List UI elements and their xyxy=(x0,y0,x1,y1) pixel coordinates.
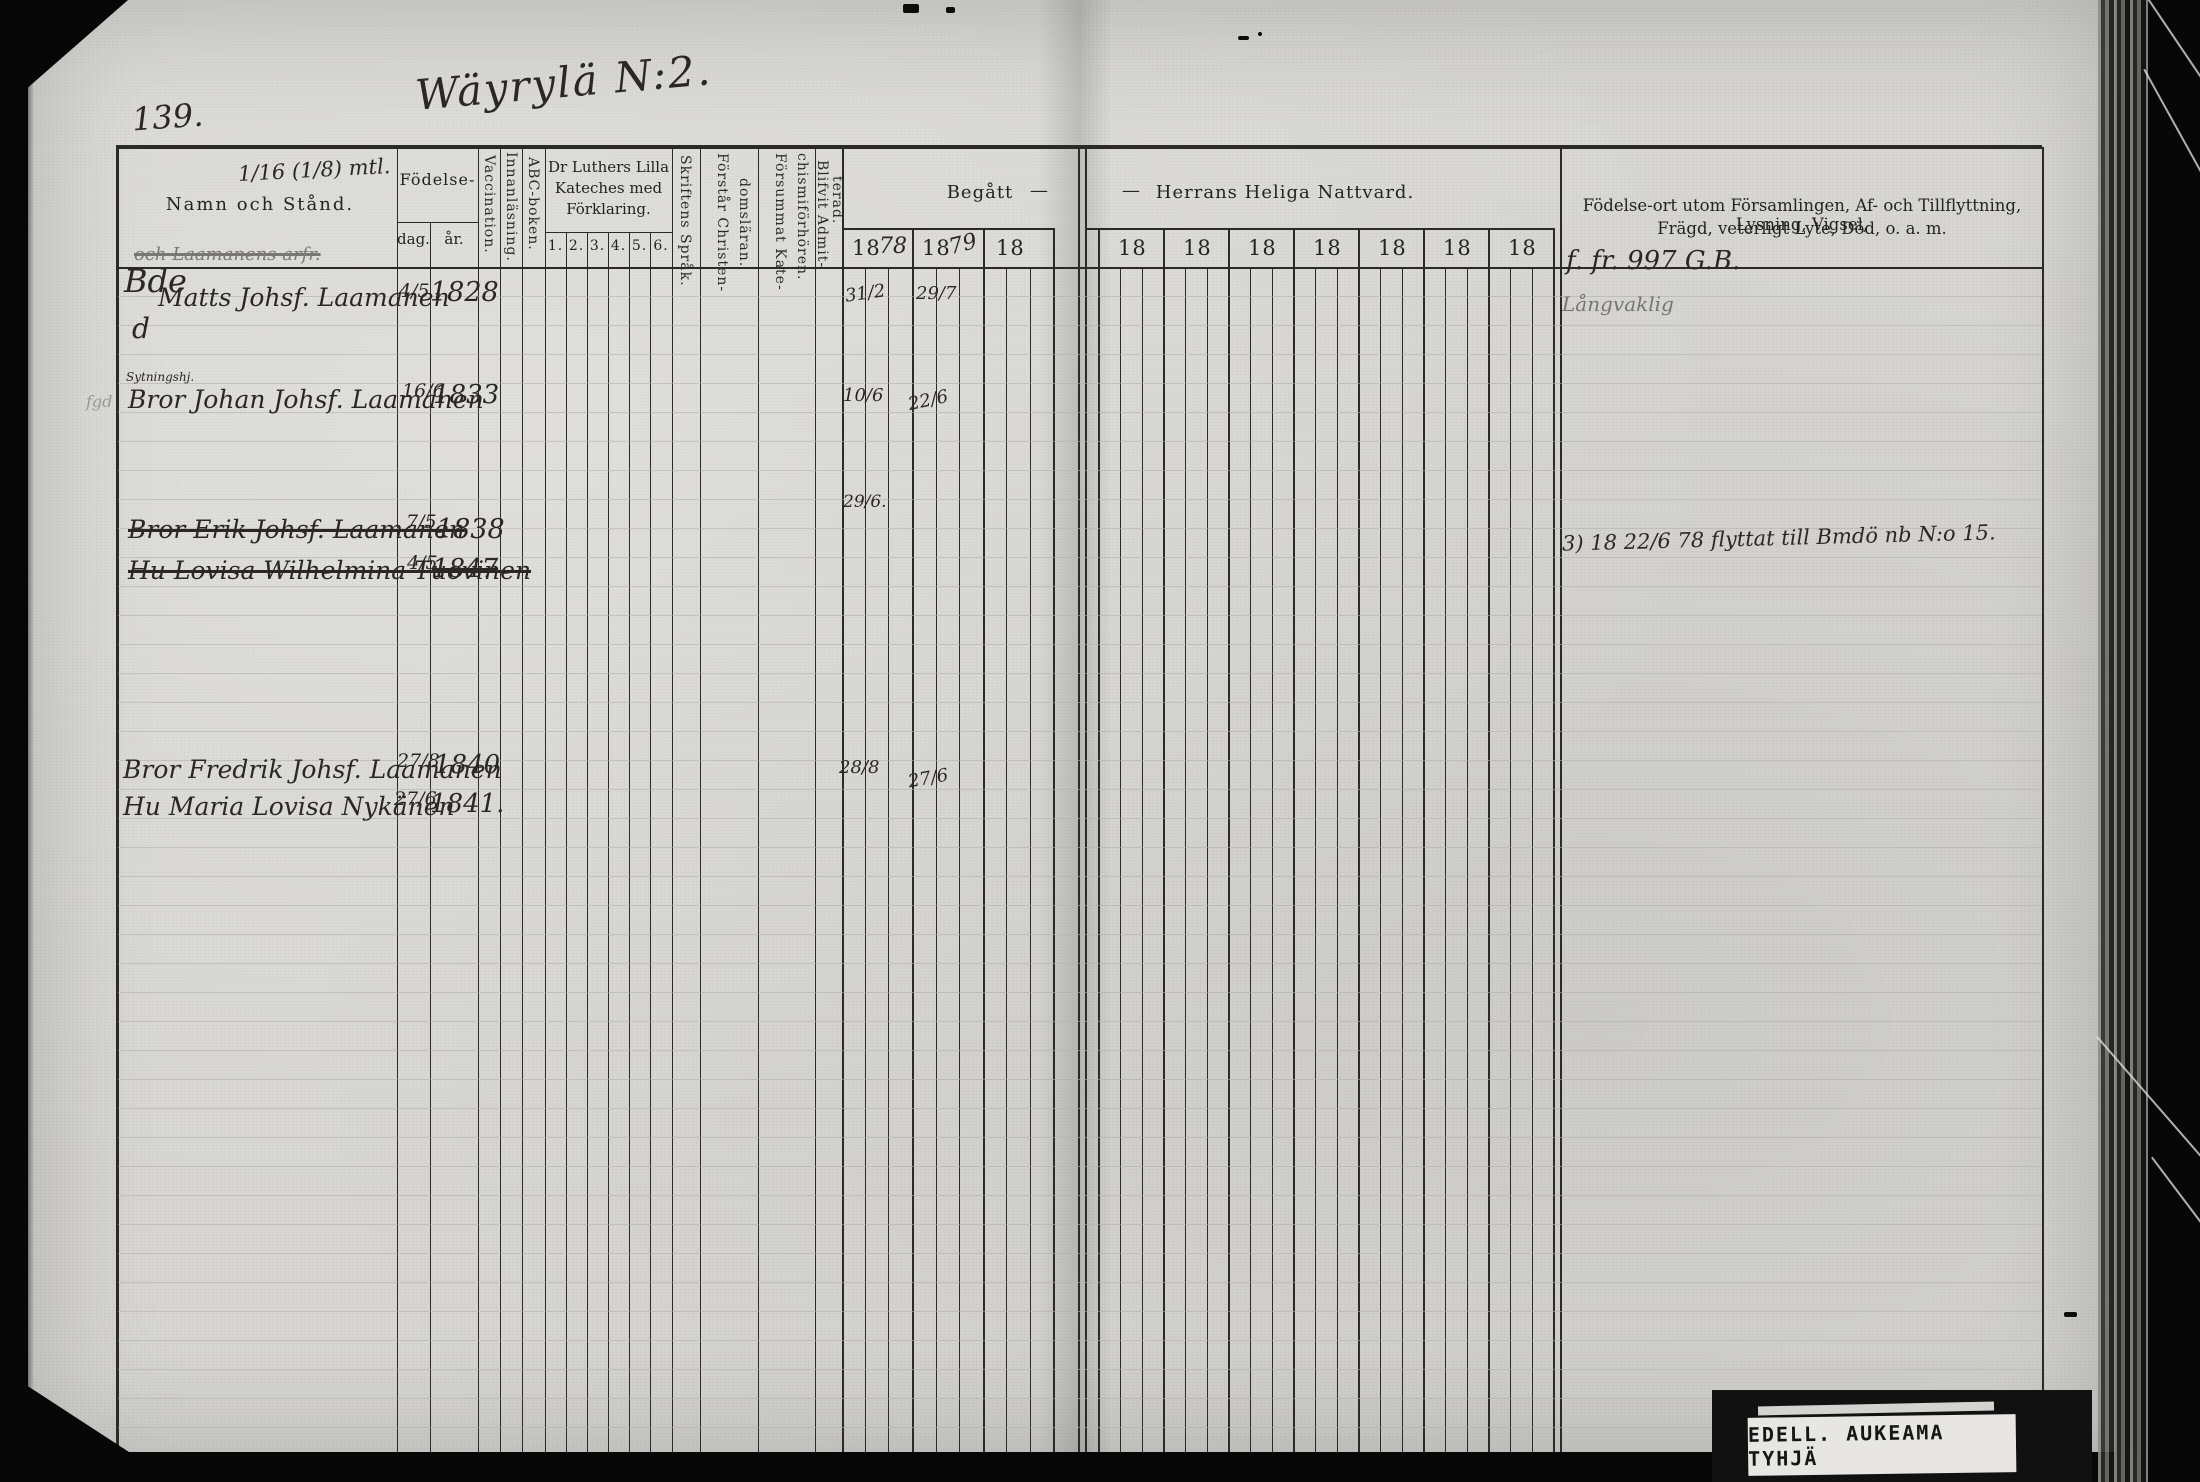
kateches-subcol-4: 4. xyxy=(608,238,629,254)
page-number: 139. xyxy=(131,96,205,139)
grid-line-h-faint xyxy=(118,1021,2042,1022)
grid-line xyxy=(397,222,478,223)
grid-line xyxy=(522,147,523,1455)
grid-line xyxy=(1402,267,1403,1455)
grid-line-h-faint xyxy=(118,586,2042,587)
ink-speck xyxy=(903,4,919,13)
grid-line-h-faint xyxy=(118,1369,2042,1370)
grid-line-h-faint xyxy=(118,934,2042,935)
grid-line xyxy=(1445,267,1446,1455)
grid-line-h-faint xyxy=(118,354,2042,355)
grid-line xyxy=(1185,267,1186,1455)
grid-line xyxy=(1078,147,1080,1455)
grid-line-h-faint xyxy=(118,847,2042,848)
grid-line-h-faint xyxy=(118,673,2042,674)
entry6-birth-year: 1841. xyxy=(430,789,504,819)
admitted-header-line1: Blifvit Admit- xyxy=(814,160,830,268)
grid-line-h-faint xyxy=(118,731,2042,732)
grid-line xyxy=(1086,228,1553,230)
kateches-header-line3: Förklaring. xyxy=(545,199,672,220)
grid-line-h-faint xyxy=(118,1340,2042,1341)
grid-line-h-faint xyxy=(118,1282,2042,1283)
grid-line-h-faint xyxy=(118,1079,2042,1080)
year-cell-r2: 18 xyxy=(1183,236,1212,260)
entry1-remark: f. fr. 997 G.B. xyxy=(1566,246,1740,276)
grid-line xyxy=(587,232,588,1455)
grid-line xyxy=(1315,267,1316,1455)
kateches-subcol-5: 5. xyxy=(629,238,650,254)
entry1-remark2: Långvaklig xyxy=(1562,292,1674,316)
grid-line xyxy=(116,147,119,1455)
grid-line-h-faint xyxy=(118,325,2042,326)
missed-catechism-header-line2: chismiförhören. xyxy=(794,153,810,280)
scanned-ledger-page: 139. Wäyrylä N:2. 1/16 (1/8) mtl. Namn o… xyxy=(0,0,2200,1482)
archive-stamp: EDELL. AUKEAMA TYHJÄ xyxy=(1748,1414,2017,1476)
grid-line-h-faint xyxy=(118,876,2042,877)
grid-line xyxy=(959,267,960,1455)
year-cell-r7: 18 xyxy=(1508,236,1537,260)
entry1-flourish: d xyxy=(132,312,150,345)
kateches-header: Dr Luthers Lilla Kateches med Förklaring… xyxy=(545,157,672,220)
grid-line-h-faint xyxy=(118,615,2042,616)
grid-line xyxy=(1272,267,1273,1455)
year-cell-1878-printed: 18 xyxy=(852,236,881,260)
grid-line xyxy=(2042,147,2044,1455)
grid-line xyxy=(650,232,651,1455)
entry3-birth-year: 1838 xyxy=(436,514,505,545)
communion-left-dash: — xyxy=(1030,180,1049,201)
grid-line xyxy=(1510,267,1511,1455)
communion-right-header: Herrans Heliga Nattvard. xyxy=(1150,182,1420,203)
year-cell-r5: 18 xyxy=(1378,236,1407,260)
grid-line xyxy=(629,232,630,1455)
book-fold-shadow xyxy=(1038,0,1112,1458)
entry2-birth-year: 1833 xyxy=(433,380,499,410)
year-cell-r1: 18 xyxy=(1118,236,1147,260)
right-edge-band xyxy=(2148,0,2200,1482)
communion-right-dash: — xyxy=(1122,180,1141,201)
kateches-subcol-3: 3. xyxy=(587,238,608,254)
entry1-birth-day: 4/5 xyxy=(399,280,430,302)
grid-line-h-faint xyxy=(118,1224,2042,1225)
grid-line xyxy=(758,147,759,1455)
entry3-mark-1878: 29/6. xyxy=(843,492,887,512)
grid-line-h-faint xyxy=(118,1253,2042,1254)
grid-line xyxy=(116,267,2042,269)
grid-line xyxy=(1006,267,1007,1455)
grid-line xyxy=(1467,267,1468,1455)
grid-line xyxy=(1337,267,1338,1455)
understands-christianity-header-line1: Förstår Christen- xyxy=(714,153,730,292)
grid-line xyxy=(865,267,866,1455)
scripture-language-column-header: Skriftens Språk. xyxy=(677,155,693,287)
vaccination-column-header: Vaccination. xyxy=(481,155,497,254)
grid-line-h-faint xyxy=(118,1137,2042,1138)
grid-line xyxy=(700,147,701,1455)
grid-line-h-faint xyxy=(118,1195,2042,1196)
kateches-header-line2: Kateches med xyxy=(545,178,672,199)
grid-line-h-faint xyxy=(118,1166,2042,1167)
entry2-margin-note: fgd xyxy=(86,392,112,411)
grid-line-h-faint xyxy=(118,1108,2042,1109)
grid-line xyxy=(545,232,672,233)
year-cell-r6: 18 xyxy=(1443,236,1472,260)
grid-line-h-faint xyxy=(118,1050,2042,1051)
remarks-column-header-line2: Frägd, veterligt Lyte, Död, o. a. m. xyxy=(1566,219,2038,238)
grid-line xyxy=(936,267,937,1455)
entry4-birth-year: 1847 xyxy=(432,554,498,584)
grid-line xyxy=(1207,267,1208,1455)
grid-line xyxy=(842,228,1053,230)
ink-speck xyxy=(2064,1312,2077,1317)
entry1-birth-year: 1828 xyxy=(430,277,499,308)
grid-line-h-faint xyxy=(118,702,2042,703)
year-cell-r4: 18 xyxy=(1313,236,1342,260)
missed-catechism-header-line1: Försummat Kate- xyxy=(772,153,788,291)
entry5-mark-1878: 28/8 xyxy=(839,757,879,778)
abc-book-column-header: ABC-boken. xyxy=(525,157,541,251)
entry2-prefix-note: Sytningshj. xyxy=(126,370,194,384)
grid-line xyxy=(566,232,567,1455)
archive-stamp-text: EDELL. AUKEAMA TYHJÄ xyxy=(1748,1419,2017,1471)
grid-line xyxy=(545,147,546,1455)
ink-speck xyxy=(1238,36,1249,40)
entry3-birth-day: 7/5 xyxy=(406,511,437,533)
kateches-subcol-1: 1. xyxy=(545,238,566,254)
grid-line xyxy=(1142,267,1143,1455)
entry1-mark-1879: 29/7 xyxy=(916,283,956,304)
grid-line xyxy=(1380,267,1381,1455)
birth-column-header: Födelse- xyxy=(397,170,478,189)
understands-christianity-header-line2: domsläran. xyxy=(736,178,752,267)
names-column-header: Namn och Stånd. xyxy=(160,194,360,215)
entry2-mark-1878: 10/6 xyxy=(843,385,883,406)
year-cell-1878-handwritten: 78 xyxy=(879,234,907,259)
reading-column-header: Innanläsning. xyxy=(503,152,519,262)
left-edge-shadow xyxy=(0,0,34,1482)
kateches-subcol-6: 6. xyxy=(650,238,672,254)
grid-line xyxy=(116,145,2042,149)
year-cell-r3: 18 xyxy=(1248,236,1277,260)
ink-speck xyxy=(1258,32,1262,36)
grid-line-h-faint xyxy=(118,644,2042,645)
entry5-birth-year: 1840 xyxy=(434,750,500,780)
grid-line xyxy=(608,232,609,1455)
grid-line-h-faint xyxy=(118,499,2042,500)
ink-speck xyxy=(946,7,955,13)
grid-line-h-faint xyxy=(118,470,2042,471)
grid-line-h-faint xyxy=(118,905,2042,906)
kateches-subcol-2: 2. xyxy=(566,238,587,254)
grid-line xyxy=(815,147,816,1455)
grid-line xyxy=(1030,267,1031,1455)
grid-line-h-faint xyxy=(118,441,2042,442)
grid-line xyxy=(1120,267,1121,1455)
grid-line xyxy=(1532,267,1533,1455)
grid-line xyxy=(1560,147,1562,1455)
birth-day-header: dag. xyxy=(397,230,430,248)
birth-year-header: år. xyxy=(430,230,478,248)
grid-line xyxy=(1250,267,1251,1455)
grid-line xyxy=(1085,147,1087,1455)
year-cell-3-printed: 18 xyxy=(996,236,1025,260)
grid-line xyxy=(672,147,673,1455)
admitted-header-line2: terad. xyxy=(829,176,845,224)
grid-line-h-faint xyxy=(118,992,2042,993)
grid-line xyxy=(888,267,889,1455)
grid-line xyxy=(842,147,844,1455)
kateches-header-line1: Dr Luthers Lilla xyxy=(545,157,672,178)
grid-line-h-faint xyxy=(118,1311,2042,1312)
grid-line-h-faint xyxy=(118,963,2042,964)
